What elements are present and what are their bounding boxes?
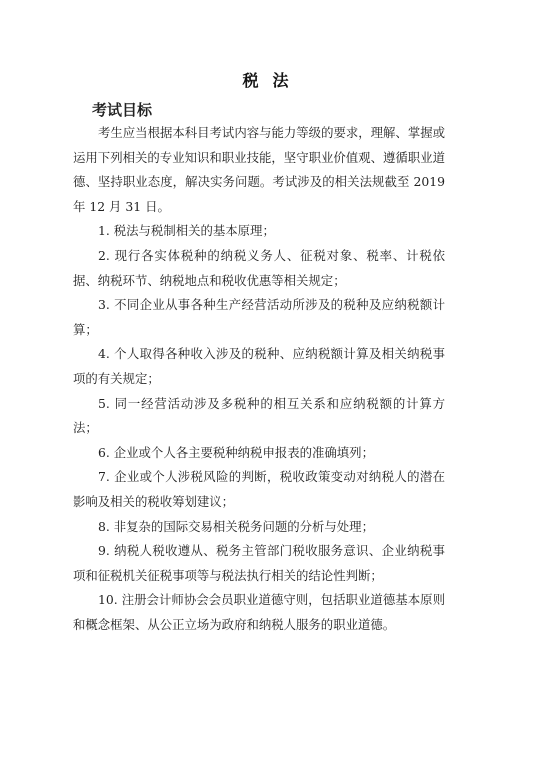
section-heading: 考试目标 [92, 99, 152, 120]
list-item: 9. 纳税人税收遵从、税务主管部门税收服务意识、企业纳税事项和征税机关征税事项等… [73, 539, 445, 588]
document-page: 税法 考试目标 考生应当根据本科目考试内容与能力等级的要求，理解、掌握或运用下列… [0, 0, 533, 759]
list-item: 6. 企业或个人各主要税种纳税申报表的准确填列； [73, 441, 445, 466]
list-item: 2. 现行各实体税种的纳税义务人、征税对象、税率、计税依据、纳税环节、纳税地点和… [73, 244, 445, 293]
list-item: 10. 注册会计师协会会员职业道德守则，包括职业道德基本原则和概念框架、从公正立… [73, 588, 445, 637]
list-item: 7. 企业或个人涉税风险的判断，税收政策变动对纳税人的潜在影响及相关的税收筹划建… [73, 465, 445, 514]
list-item: 8. 非复杂的国际交易相关税务问题的分析与处理； [73, 515, 445, 540]
list-item: 3. 不同企业从事各种生产经营活动所涉及的税种及应纳税额计算； [73, 293, 445, 342]
list-item: 4. 个人取得各种收入涉及的税种、应纳税额计算及相关纳税事项的有关规定； [73, 342, 445, 391]
list-item: 5. 同一经营活动涉及多税种的相互关系和应纳税额的计算方法； [73, 392, 445, 441]
document-title: 税法 [0, 68, 533, 91]
document-body: 考生应当根据本科目考试内容与能力等级的要求，理解、掌握或运用下列相关的专业知识和… [73, 121, 445, 637]
list-item: 1. 税法与税制相关的基本原理； [73, 219, 445, 244]
title-part-1: 税 [242, 71, 260, 90]
title-part-2: 法 [273, 71, 291, 90]
intro-paragraph: 考生应当根据本科目考试内容与能力等级的要求，理解、掌握或运用下列相关的专业知识和… [73, 121, 445, 219]
